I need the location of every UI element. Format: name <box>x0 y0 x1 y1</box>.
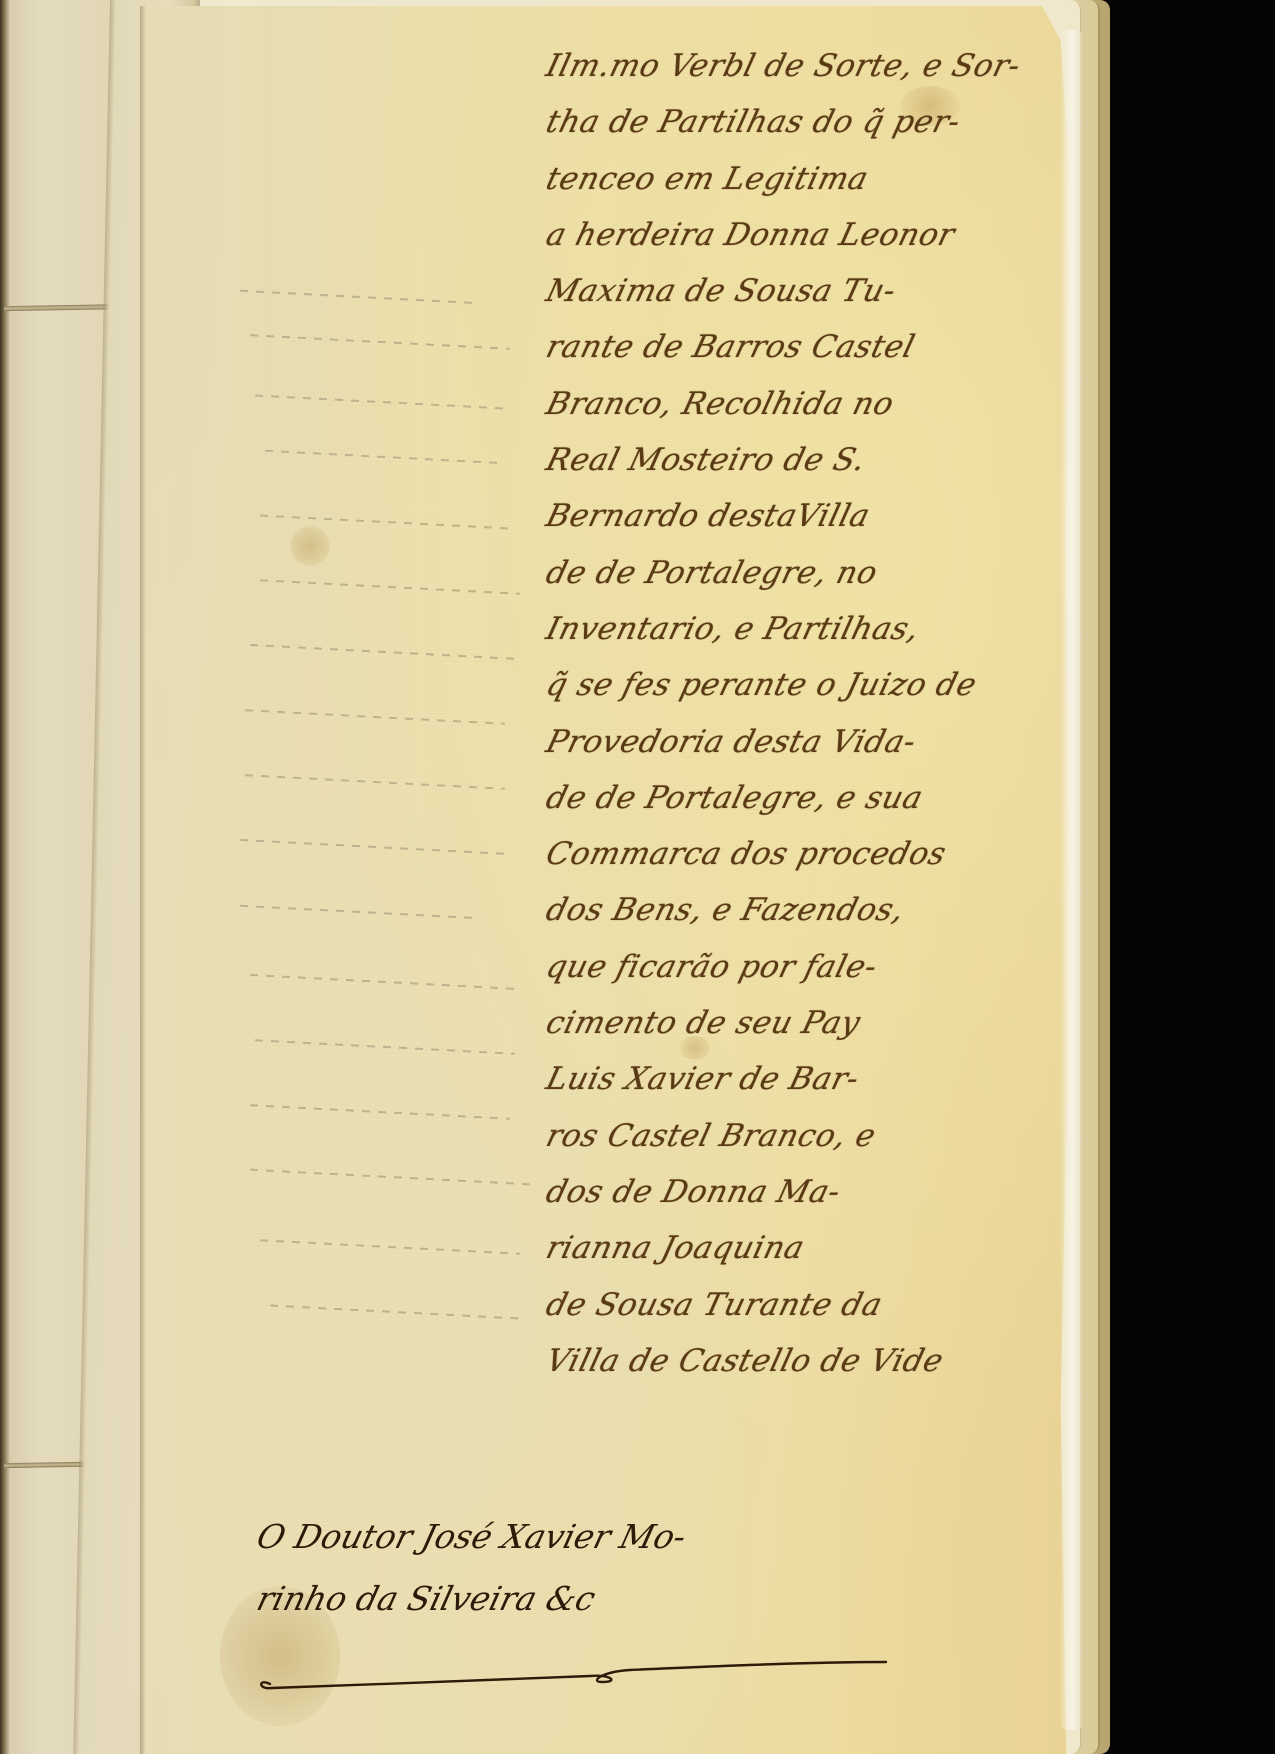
manuscript-line: dos de Donna Ma- <box>540 1164 1054 1220</box>
bleed-through-text <box>255 394 505 409</box>
bleed-through-text <box>250 644 520 660</box>
bleed-through-text <box>265 450 505 465</box>
manuscript-line: Luis Xavier de Bar- <box>540 1051 1054 1107</box>
bleed-through-text <box>245 709 505 725</box>
manuscript-line: a herdeira Donna Leonor <box>540 207 1054 263</box>
manuscript-line: q̃ se fes perante o Juizo de <box>540 657 1054 713</box>
manuscript-line: rianna Joaquina <box>540 1220 1054 1276</box>
signature-line: rinho da Silveira &c <box>250 1568 925 1630</box>
signature-flourish-icon <box>250 1658 890 1692</box>
page-fold-shadow <box>140 6 146 1754</box>
bleed-through-text <box>245 774 505 790</box>
signature-block: O Doutor José Xavier Mo- rinho da Silvei… <box>250 1506 910 1706</box>
manuscript-line: Villa de Castello de Vide <box>540 1333 1054 1389</box>
foxing-spot <box>290 526 330 566</box>
manuscript-line: rante de Barros Castel <box>540 319 1054 375</box>
bleed-through-text <box>240 290 480 305</box>
manuscript-line: de de Portalegre, no <box>540 545 1054 601</box>
manuscript-line: tha de Partilhas do q̃ per- <box>540 94 1054 150</box>
bleed-through-text <box>255 1039 515 1055</box>
bleed-through-text <box>260 1239 520 1255</box>
bleed-through-text <box>250 1169 530 1186</box>
manuscript-line: Ilm.mo Verbl de Sorte, e Sor- <box>540 38 1054 94</box>
manuscript-line: dos Bens, e Fazendos, <box>540 882 1054 938</box>
signature-line: O Doutor José Xavier Mo- <box>250 1506 925 1568</box>
bleed-through-text <box>250 1104 510 1120</box>
manuscript-line: cimento de seu Pay <box>540 995 1054 1051</box>
manuscript-line: tenceo em Legitima <box>540 151 1054 207</box>
manuscript-line: Bernardo destaVilla <box>540 488 1054 544</box>
bleed-through-text <box>240 905 480 920</box>
manuscript-line: Commarca dos procedos <box>540 826 1054 882</box>
bleed-through-text <box>250 974 520 990</box>
manuscript-scan: Ilm.mo Verbl de Sorte, e Sor- tha de Par… <box>0 0 1275 1754</box>
manuscript-line: de Sousa Turante da <box>540 1277 1054 1333</box>
manuscript-line: Inventario, e Partilhas, <box>540 601 1054 657</box>
manuscript-line: que ficarão por fale- <box>540 939 1054 995</box>
manuscript-line: Branco, Recolhida no <box>540 376 1054 432</box>
bleed-through-text <box>250 334 510 350</box>
bleed-through-text <box>270 1304 520 1319</box>
torn-page-edge <box>1060 30 1082 1730</box>
manuscript-line: Maxima de Sousa Tu- <box>540 263 1054 319</box>
bleed-through-text <box>260 579 520 595</box>
bleed-through-text <box>240 839 510 855</box>
manuscript-line: de de Portalegre, e sua <box>540 770 1054 826</box>
manuscript-line: Provedoria desta Vida- <box>540 714 1054 770</box>
bleed-through-text <box>260 514 510 529</box>
manuscript-body: Ilm.mo Verbl de Sorte, e Sor- tha de Par… <box>540 38 1040 1389</box>
manuscript-line: ros Castel Branco, e <box>540 1108 1054 1164</box>
manuscript-line: Real Mosteiro de S. <box>540 432 1054 488</box>
